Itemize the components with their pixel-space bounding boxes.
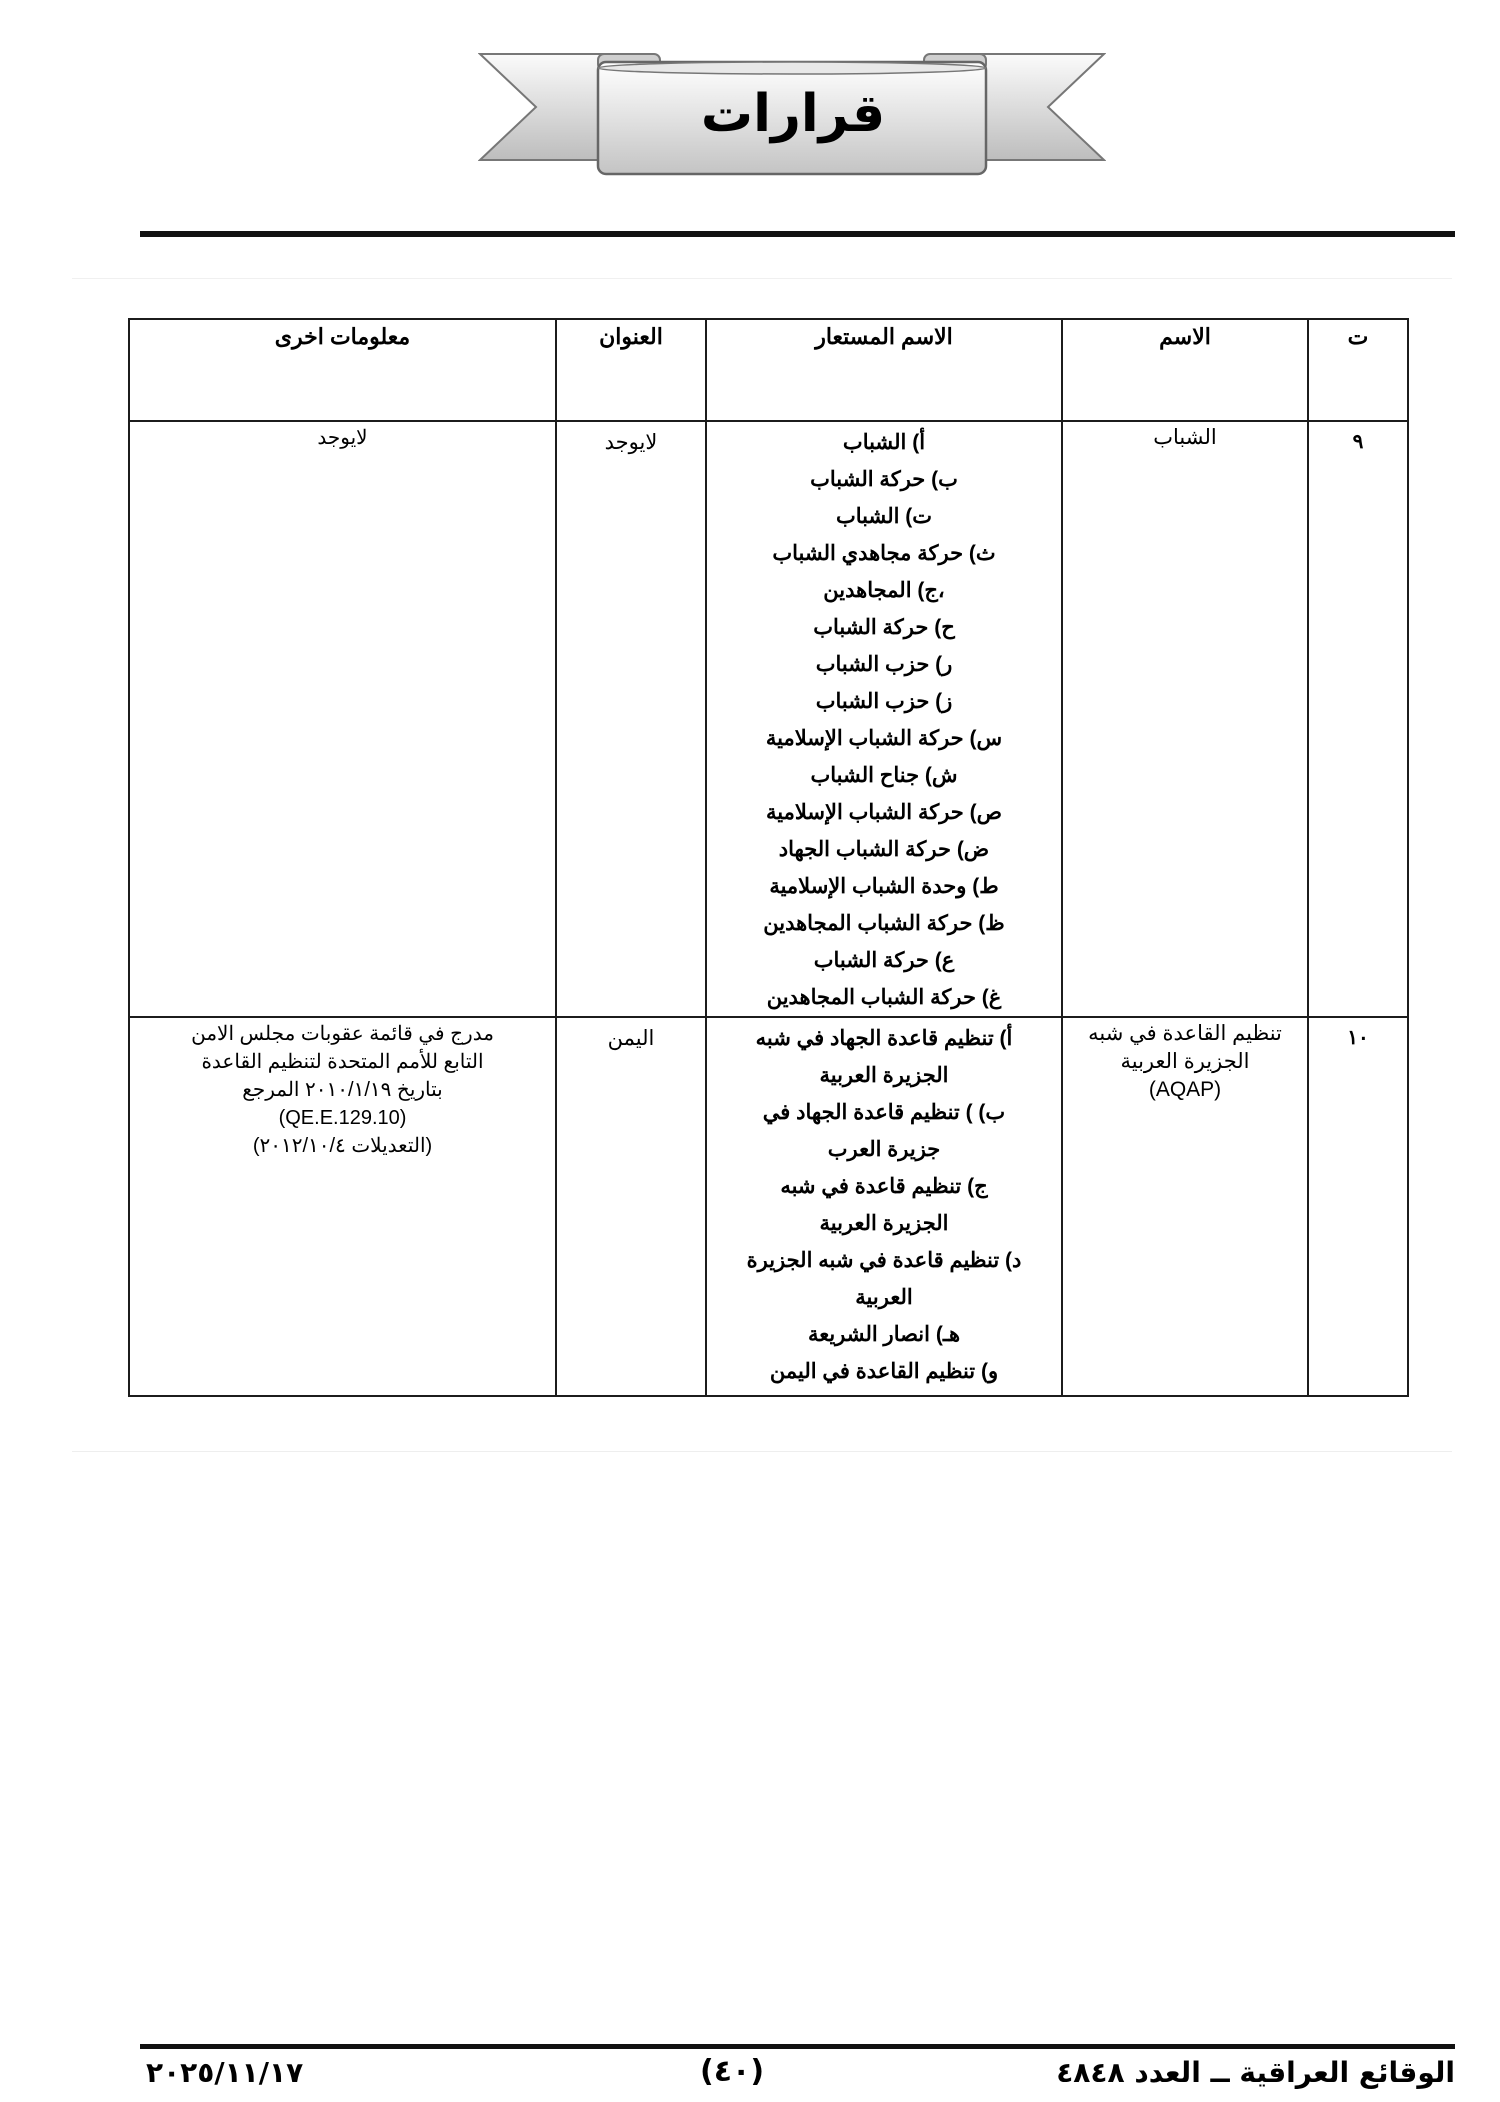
cell-name: تنظيم القاعدة في شبه الجزيرة العربية (AQ… — [1062, 1017, 1308, 1396]
alias-line: ظ) حركة الشباب المجاهدين — [707, 905, 1061, 942]
alias-line: أ) الشباب — [707, 424, 1061, 461]
alias-line: ز) حزب الشباب — [707, 683, 1061, 720]
name-line: الشباب — [1063, 424, 1307, 452]
name-line: الجزيرة العربية — [1063, 1048, 1307, 1076]
alias-line: د) تنظيم قاعدة في شبه الجزيرة — [707, 1242, 1061, 1279]
sanctions-table: ت الاسم الاسم المستعار العنوان معلومات ا… — [128, 318, 1409, 1397]
header-other-info: معلومات اخرى — [129, 319, 556, 421]
cell-name: الشباب — [1062, 421, 1308, 1017]
alias-line: غ) حركة الشباب المجاهدين — [707, 979, 1061, 1016]
alias-line: الجزيرة العربية — [707, 1057, 1061, 1094]
cell-aliases: أ) الشباب ب) حركة الشباب ت) الشباب ث) حر… — [706, 421, 1062, 1017]
other-info-line: (QE.E.129.10) — [130, 1104, 555, 1132]
alias-line: ،ج) المجاهدين — [707, 572, 1061, 609]
cell-address: لايوجد — [556, 421, 706, 1017]
cell-address: اليمن — [556, 1017, 706, 1396]
page-footer: الوقائع العراقية ــ العدد ٤٨٤٨ (٤٠) ٢٠٢٥… — [140, 2056, 1455, 2100]
cell-other-info: مدرج في قائمة عقوبات مجلس الامن التابع ل… — [129, 1017, 556, 1396]
page-number: (٤٠) — [700, 2054, 764, 2089]
table-row: ٩ الشباب أ) الشباب ب) حركة الشباب ت) الش… — [129, 421, 1408, 1017]
cell-seq: ٩ — [1308, 421, 1408, 1017]
cell-seq: ١٠ — [1308, 1017, 1408, 1396]
alias-line: ج) تنظيم قاعدة في شبه — [707, 1168, 1061, 1205]
other-info-line: (التعديلات ٢٠١٢/١٠/٤) — [130, 1132, 555, 1160]
other-info-line: مدرج في قائمة عقوبات مجلس الامن — [130, 1020, 555, 1048]
alias-line: الجزيرة العربية — [707, 1205, 1061, 1242]
alias-line: ط) وحدة الشباب الإسلامية — [707, 868, 1061, 905]
alias-line: ش) جناح الشباب — [707, 757, 1061, 794]
alias-line: ع) حركة الشباب — [707, 942, 1061, 979]
alias-line: أ) تنظيم قاعدة الجهاد في شبه — [707, 1020, 1061, 1057]
other-info-line: بتاريخ ٢٠١٠/١/١٩ المرجع — [130, 1076, 555, 1104]
alias-line: ح) حركة الشباب — [707, 609, 1061, 646]
alias-line: س) حركة الشباب الإسلامية — [707, 720, 1061, 757]
header-aliases: الاسم المستعار — [706, 319, 1062, 421]
alias-line: هـ) انصار الشريعة — [707, 1316, 1061, 1353]
alias-line: ر) حزب الشباب — [707, 646, 1061, 683]
issue-date: ٢٠٢٥/١١/١٧ — [146, 2056, 303, 2089]
other-info-line: التابع للأمم المتحدة لتنظيم القاعدة — [130, 1048, 555, 1076]
header-divider — [140, 231, 1455, 237]
alias-line: جزيرة العرب — [707, 1131, 1061, 1168]
section-banner: قرارات — [478, 48, 1106, 178]
alias-line: ض) حركة الشباب الجهاد — [707, 831, 1061, 868]
publication-issue: الوقائع العراقية ــ العدد ٤٨٤٨ — [1056, 2056, 1455, 2089]
header-seq: ت — [1308, 319, 1408, 421]
alias-line: ت) الشباب — [707, 498, 1061, 535]
table-row: ١٠ تنظيم القاعدة في شبه الجزيرة العربية … — [129, 1017, 1408, 1396]
alias-line: ب) حركة الشباب — [707, 461, 1061, 498]
name-line: (AQAP) — [1063, 1076, 1307, 1104]
alias-line: ث) حركة مجاهدي الشباب — [707, 535, 1061, 572]
table-header-row: ت الاسم الاسم المستعار العنوان معلومات ا… — [129, 319, 1408, 421]
header-name: الاسم — [1062, 319, 1308, 421]
alias-line: ب) ) تنظيم قاعدة الجهاد في — [707, 1094, 1061, 1131]
footer-divider — [140, 2044, 1455, 2049]
header-address: العنوان — [556, 319, 706, 421]
alias-line: ص) حركة الشباب الإسلامية — [707, 794, 1061, 831]
cell-aliases: أ) تنظيم قاعدة الجهاد في شبه الجزيرة الع… — [706, 1017, 1062, 1396]
other-info-line: لايوجد — [130, 424, 555, 452]
cell-other-info: لايوجد — [129, 421, 556, 1017]
name-line: تنظيم القاعدة في شبه — [1063, 1020, 1307, 1048]
banner-title: قرارات — [638, 74, 948, 154]
alias-line: العربية — [707, 1279, 1061, 1316]
alias-line: و) تنظيم القاعدة في اليمن — [707, 1353, 1061, 1390]
